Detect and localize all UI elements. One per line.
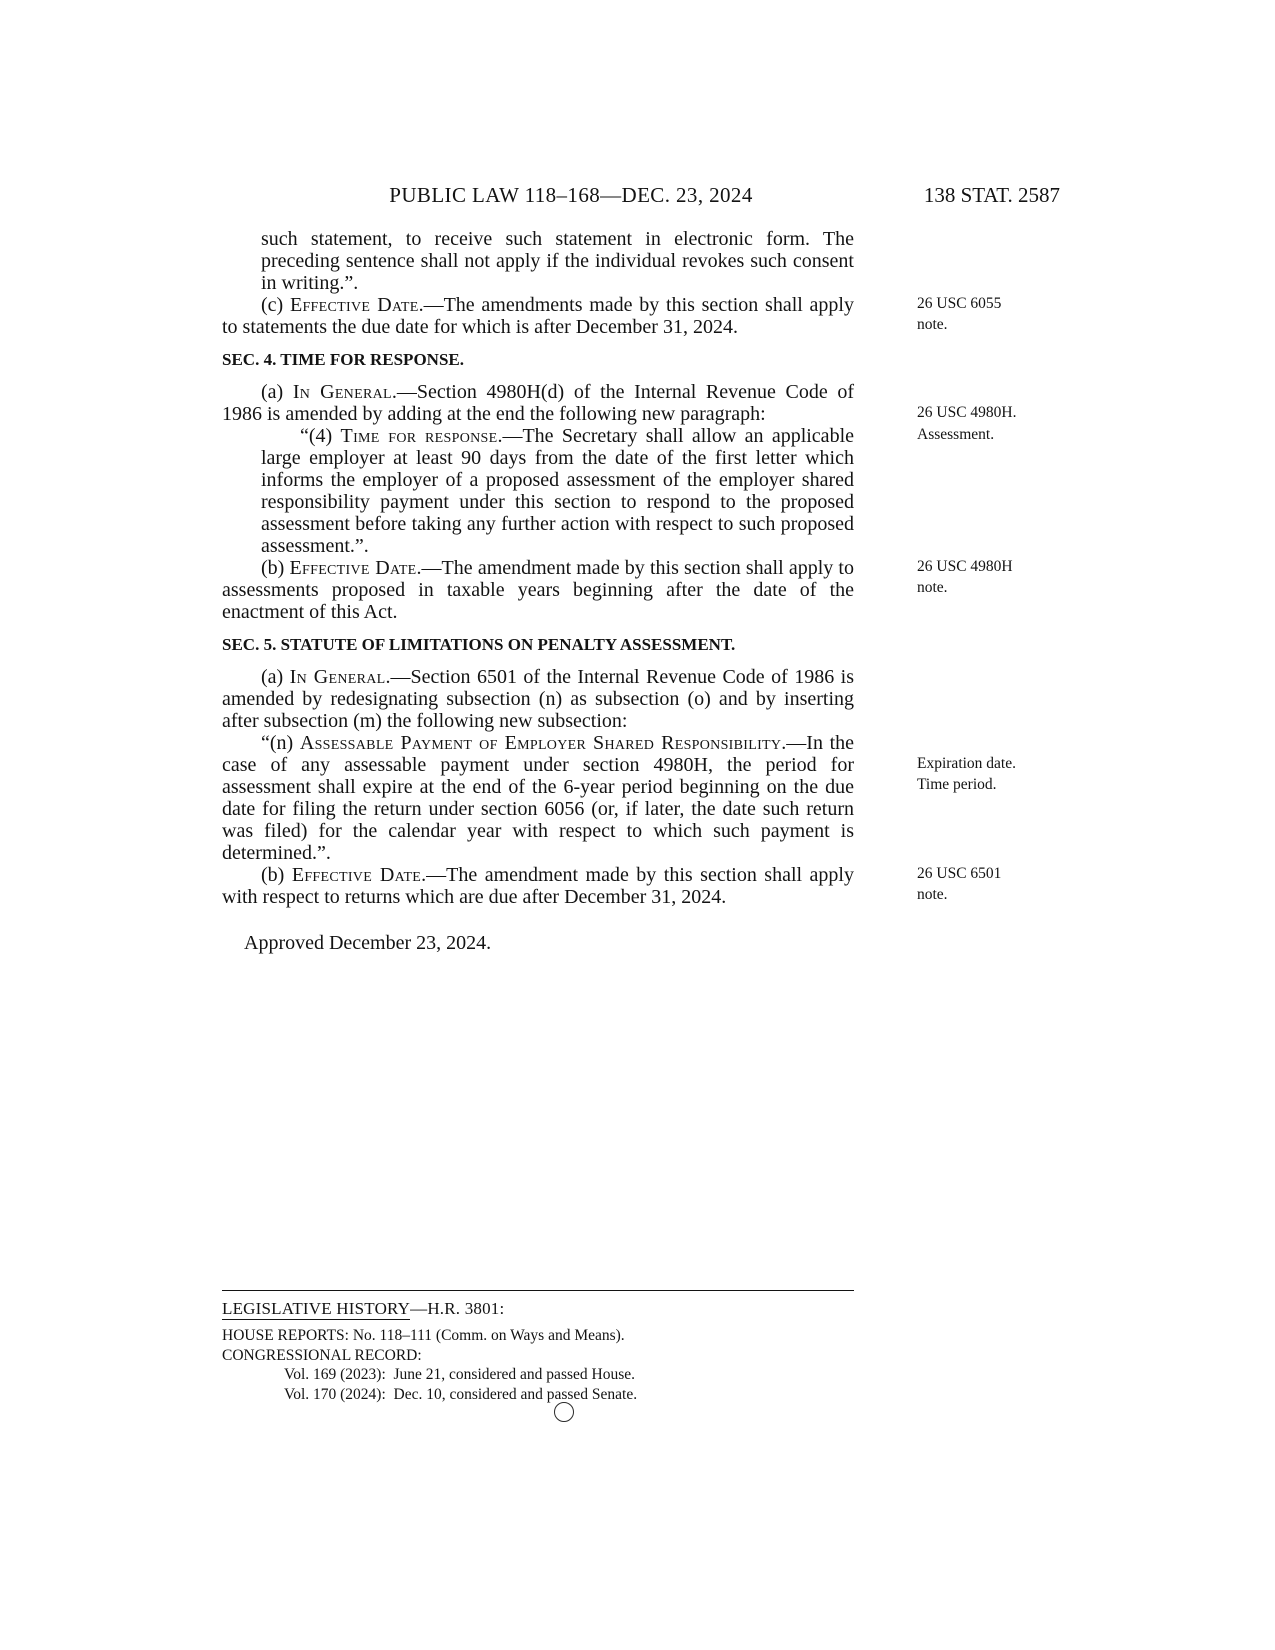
section-heading: SEC. 4. TIME FOR RESPONSE.: [222, 349, 854, 371]
smallcaps-term: Effective Date: [290, 557, 417, 579]
end-of-document-mark: [554, 1402, 574, 1422]
legislative-history-block: LEGISLATIVE HISTORY—H.R. 3801: HOUSE REP…: [222, 1290, 854, 1404]
margin-note: 26 USC 4980H.: [917, 402, 1072, 423]
smallcaps-term: In General: [290, 666, 386, 688]
law-paragraph: (c) Effective Date.—The amendments made …: [222, 294, 854, 338]
text-run: “(4): [300, 425, 341, 447]
text-run: (a): [261, 666, 290, 688]
margin-note-line: note.: [917, 314, 1072, 335]
text-run: (a): [261, 381, 293, 403]
margin-note-line: Time period.: [917, 774, 1072, 795]
margin-note-line: 26 USC 6055: [917, 293, 1072, 314]
legislative-history-line: Vol. 170 (2024): Dec. 10, considered and…: [222, 1385, 854, 1405]
legislative-history-title-underlined: LEGISLATIVE HISTORY: [222, 1299, 410, 1320]
text-run: (b): [261, 864, 292, 886]
legislative-history-bill-number: —H.R. 3801:: [410, 1299, 504, 1318]
text-run: SEC. 5. STATUTE OF LIMITATIONS ON PENALT…: [222, 635, 735, 654]
margin-note-line: 26 USC 4980H: [917, 556, 1072, 577]
margin-note: 26 USC 6501note.: [917, 863, 1072, 905]
margin-note: 26 USC 4980Hnote.: [917, 556, 1072, 598]
smallcaps-term: Effective Date: [292, 864, 421, 886]
text-run: “(n): [261, 732, 300, 754]
margin-note-line: 26 USC 6501: [917, 863, 1072, 884]
margin-note-line: note.: [917, 577, 1072, 598]
margin-note-line: Expiration date.: [917, 753, 1072, 774]
legislative-history-lines: HOUSE REPORTS: No. 118–111 (Comm. on Way…: [222, 1326, 854, 1404]
approval-line: Approved December 23, 2024.: [222, 932, 854, 954]
text-run: (c): [261, 294, 290, 316]
running-head-law-title: PUBLIC LAW 118–168—DEC. 23, 2024: [222, 183, 920, 208]
law-paragraph: (a) In General.—Section 6501 of the Inte…: [222, 666, 854, 732]
legislative-history-line: CONGRESSIONAL RECORD:: [222, 1346, 854, 1366]
document-page: PUBLIC LAW 118–168—DEC. 23, 2024 138 STA…: [0, 0, 1275, 1650]
margin-note: 26 USC 6055note.: [917, 293, 1072, 335]
statutes-page-number: 138 STAT. 2587: [850, 183, 1060, 208]
text-run: SEC. 4. TIME FOR RESPONSE.: [222, 350, 464, 369]
legislative-history-line: Vol. 169 (2023): June 21, considered and…: [222, 1365, 854, 1385]
body-blocks: such statement, to receive such statemen…: [222, 228, 854, 908]
smallcaps-term: In General: [293, 381, 392, 403]
history-divider-rule: [222, 1290, 854, 1291]
legislative-history-line: HOUSE REPORTS: No. 118–111 (Comm. on Way…: [222, 1326, 854, 1346]
smallcaps-term: Effective Date: [290, 294, 419, 316]
legislative-history-title: LEGISLATIVE HISTORY—H.R. 3801:: [222, 1299, 854, 1319]
law-paragraph: (b) Effective Date.—The amendment made b…: [222, 864, 854, 908]
smallcaps-term: Assessable Payment of Employer Shared Re…: [300, 732, 781, 754]
section-heading: SEC. 5. STATUTE OF LIMITATIONS ON PENALT…: [222, 634, 854, 656]
margin-note: Assessment.: [917, 424, 1072, 445]
text-run: such statement, to receive such statemen…: [261, 228, 854, 294]
law-paragraph: “(4) Time for response.—The Secretary sh…: [222, 425, 854, 557]
margin-note: Expiration date.Time period.: [917, 753, 1072, 795]
law-paragraph: such statement, to receive such statemen…: [222, 228, 854, 294]
law-paragraph: (a) In General.—Section 4980H(d) of the …: [222, 381, 854, 425]
margin-note-line: 26 USC 4980H.: [917, 402, 1072, 423]
law-paragraph: “(n) Assessable Payment of Employer Shar…: [222, 732, 854, 864]
statute-text-column: such statement, to receive such statemen…: [222, 228, 854, 954]
margin-note-line: note.: [917, 884, 1072, 905]
margin-note-line: Assessment.: [917, 424, 1072, 445]
smallcaps-term: Time for response: [341, 425, 498, 447]
text-run: (b): [261, 557, 290, 579]
law-paragraph: (b) Effective Date.—The amendment made b…: [222, 557, 854, 623]
